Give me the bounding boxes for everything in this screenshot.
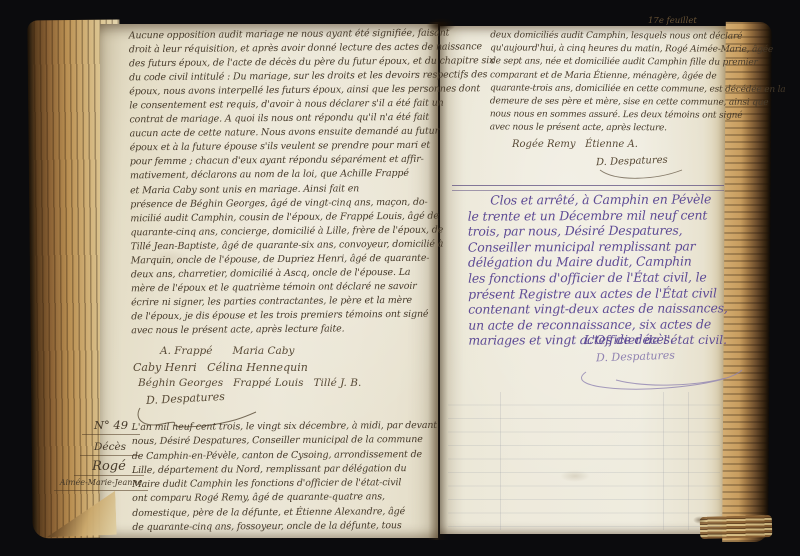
- closing-statement-line: délégation du Maire dudit, Camphin: [468, 254, 724, 271]
- marriage-act-text: Aucune opposition audit mariage ne nous …: [129, 27, 434, 339]
- signature-flourish: [596, 166, 686, 184]
- closing-statement-line: Conseiller municipal remplissant par: [468, 238, 724, 255]
- folio-number: 17e feuillet: [648, 16, 697, 26]
- marriage-act-line: avec nous le présent acte, après lecture…: [131, 322, 433, 339]
- death-act-line: Maire dudit Camphin les fonctions d'offi…: [132, 476, 434, 492]
- closing-statement-line: contenant vingt-deux actes de naissances…: [468, 300, 724, 317]
- death-act-line: nous, Désiré Despatures, Conseiller muni…: [132, 433, 434, 449]
- closing-signature-flourish: [556, 362, 746, 396]
- death-act-line: quarante-trois ans, domiciliée en cette …: [490, 82, 722, 96]
- death-act-line: nous nous en sommes assuré. Les deux tém…: [490, 109, 722, 123]
- ruling-vertical-line: [663, 392, 664, 530]
- closing-statement-line: le trente et un Décembre mil neuf cent: [468, 207, 724, 224]
- closing-divider-rule: [452, 185, 724, 191]
- closing-officer-title: L'Officier de l'état civil.: [584, 333, 727, 347]
- marriage-act-line: mativement, déclarons au nom de la loi, …: [130, 167, 432, 184]
- ruling-vertical-line: [500, 392, 501, 530]
- witness-signatures-line: Rogée Remy Étienne A.: [512, 139, 638, 150]
- closing-statement-line: présent Registre aux actes de l'État civ…: [468, 285, 724, 302]
- blank-ruled-area: [448, 392, 720, 530]
- death-act-line: comparant et de Maria Étienne, ménagère,…: [490, 69, 722, 83]
- witness-signature: A. Frappé Maria Caby: [160, 345, 294, 357]
- witness-signature: Béghin Georges Frappé Louis Tillé J. B.: [138, 377, 361, 389]
- death-act-line: de sept ans, née et domiciliée audit Cam…: [490, 56, 722, 70]
- death-act-line: avec nous le présent acte, après lecture…: [490, 122, 722, 136]
- book-photo: Aucune opposition audit mariage ne nous …: [0, 0, 800, 556]
- closing-statement-text: Clos et arrêté, à Camphin en Pévèlele tr…: [468, 191, 725, 348]
- death-act-line: qu'aujourd'hui, à cinq heures du matin, …: [490, 43, 722, 57]
- marriage-act-line: de l'époux, je dis épouse et les trois p…: [131, 308, 433, 325]
- ruling-vertical-line: [688, 392, 689, 530]
- closing-statement-line: les fonctions d'officier de l'État civil…: [468, 269, 724, 286]
- death-act-continuation-text: deux domiciliés audit Camphin, lesquels …: [490, 29, 723, 136]
- closing-statement-line: un acte de reconnaissance, six actes de: [468, 316, 724, 333]
- closing-statement-line: trois, par nous, Désiré Despatures,: [468, 223, 724, 240]
- death-act-line: de quarante-cinq ans, fossoyeur, oncle d…: [132, 519, 434, 535]
- closing-statement-line: Clos et arrêté, à Camphin en Pévèle: [468, 191, 724, 208]
- death-act-line: demeure de ses père et mère, sise en cet…: [490, 95, 722, 109]
- death-act-text: L'an mil neuf cent trois, le vingt six d…: [132, 419, 435, 535]
- witness-signature: Caby Henri Célina Hennequin: [133, 361, 308, 374]
- death-act-line: deux domiciliés audit Camphin, lesquels …: [490, 29, 722, 43]
